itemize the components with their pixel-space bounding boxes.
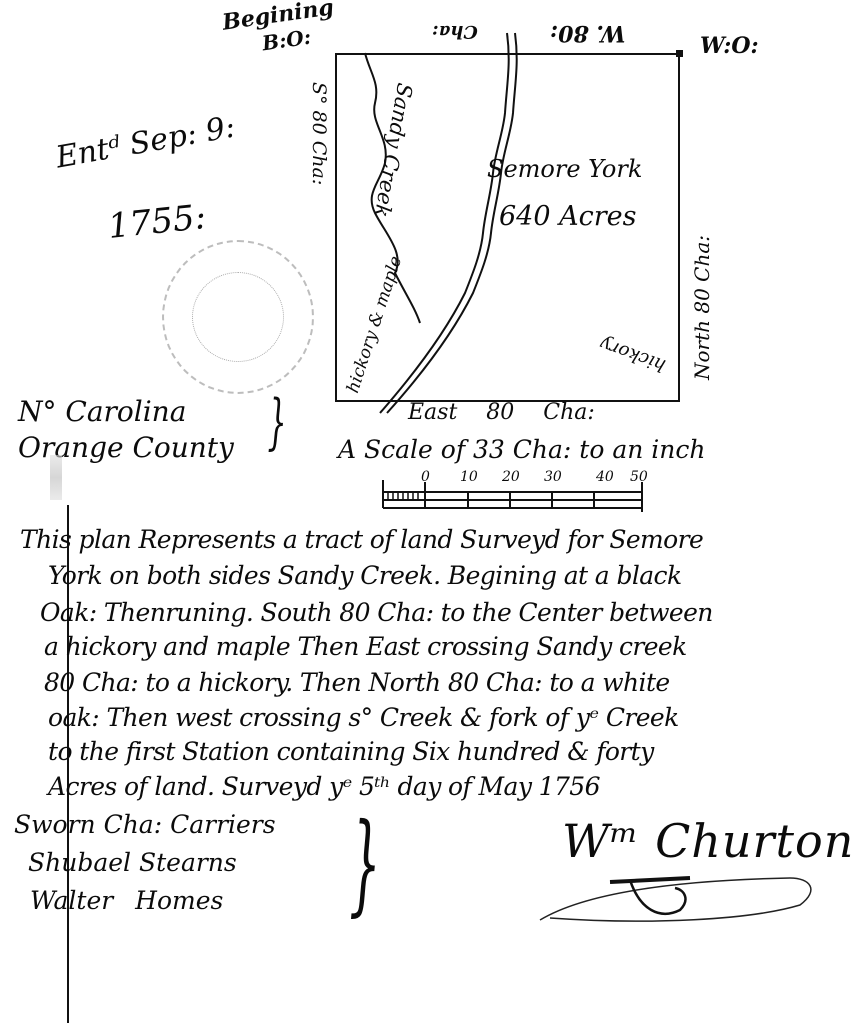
left-side-label: S° 80 Cha:	[309, 82, 328, 185]
acreage-label: 640 Acres	[499, 203, 636, 230]
scale-tick-40: 40	[596, 470, 614, 484]
right-side-label: North 80 Cha:	[692, 235, 712, 380]
body-line-4: a hickory and maple Then East crossing S…	[44, 632, 687, 661]
plat-map: Sandy Creek Semore York 640 Acres hickor…	[335, 53, 680, 402]
entry-year: 1755:	[106, 200, 207, 244]
scale-caption: A Scale of 33 Cha: to an inch	[338, 437, 705, 462]
scale-bar: 0 10 20 30 40 50	[380, 470, 645, 515]
top-right-corner-label: W:O:	[700, 35, 759, 57]
chain-carrier-name: Walter Homes	[30, 888, 223, 913]
body-line-2: York on both sides Sandy Creek. Begining…	[48, 561, 682, 590]
scale-tick-30: 30	[544, 470, 562, 484]
owner-label: Semore York	[487, 157, 642, 181]
seal-emblem	[192, 272, 284, 362]
body-line-1: This plan Represents a tract of land Sur…	[20, 525, 703, 554]
body-line-8: Acres of land. Surveyd yᵉ 5ᵗʰ day of May…	[48, 772, 600, 801]
top-line-chains-label: Cha:	[432, 22, 478, 40]
scale-tick-50: 50	[630, 470, 648, 484]
scale-tick-20: 20	[502, 470, 520, 484]
state-label: N° Carolina	[18, 398, 186, 426]
seal-impression	[162, 240, 314, 394]
chain-carriers-brace: }	[349, 808, 381, 918]
jurisdiction-brace: }	[268, 392, 287, 452]
chain-carriers-heading: Sworn Cha: Carriers	[14, 812, 276, 837]
body-line-6: oak: Then west crossing s° Creek & fork …	[48, 703, 679, 732]
scale-tick-0: 0	[421, 470, 430, 484]
chain-carrier-name: Shubael Stearns	[28, 850, 237, 875]
body-line-7: to the first Station containing Six hund…	[48, 737, 654, 766]
beginning-bearing: B:O:	[261, 27, 312, 54]
body-line-3: Oak: Thenruning. South 80 Cha: to the Ce…	[40, 598, 713, 627]
top-line-distance: W. 80:	[550, 22, 625, 44]
ink-smudge	[50, 455, 62, 500]
signature-flourish	[510, 850, 830, 970]
body-line-5: 80 Cha: to a hickory. Then North 80 Cha:…	[44, 668, 670, 697]
scale-tick-10: 10	[460, 470, 478, 484]
entry-note: Entᵈ Sep: 9:	[54, 112, 238, 173]
bottom-side-label: East 80 Cha:	[408, 402, 595, 424]
